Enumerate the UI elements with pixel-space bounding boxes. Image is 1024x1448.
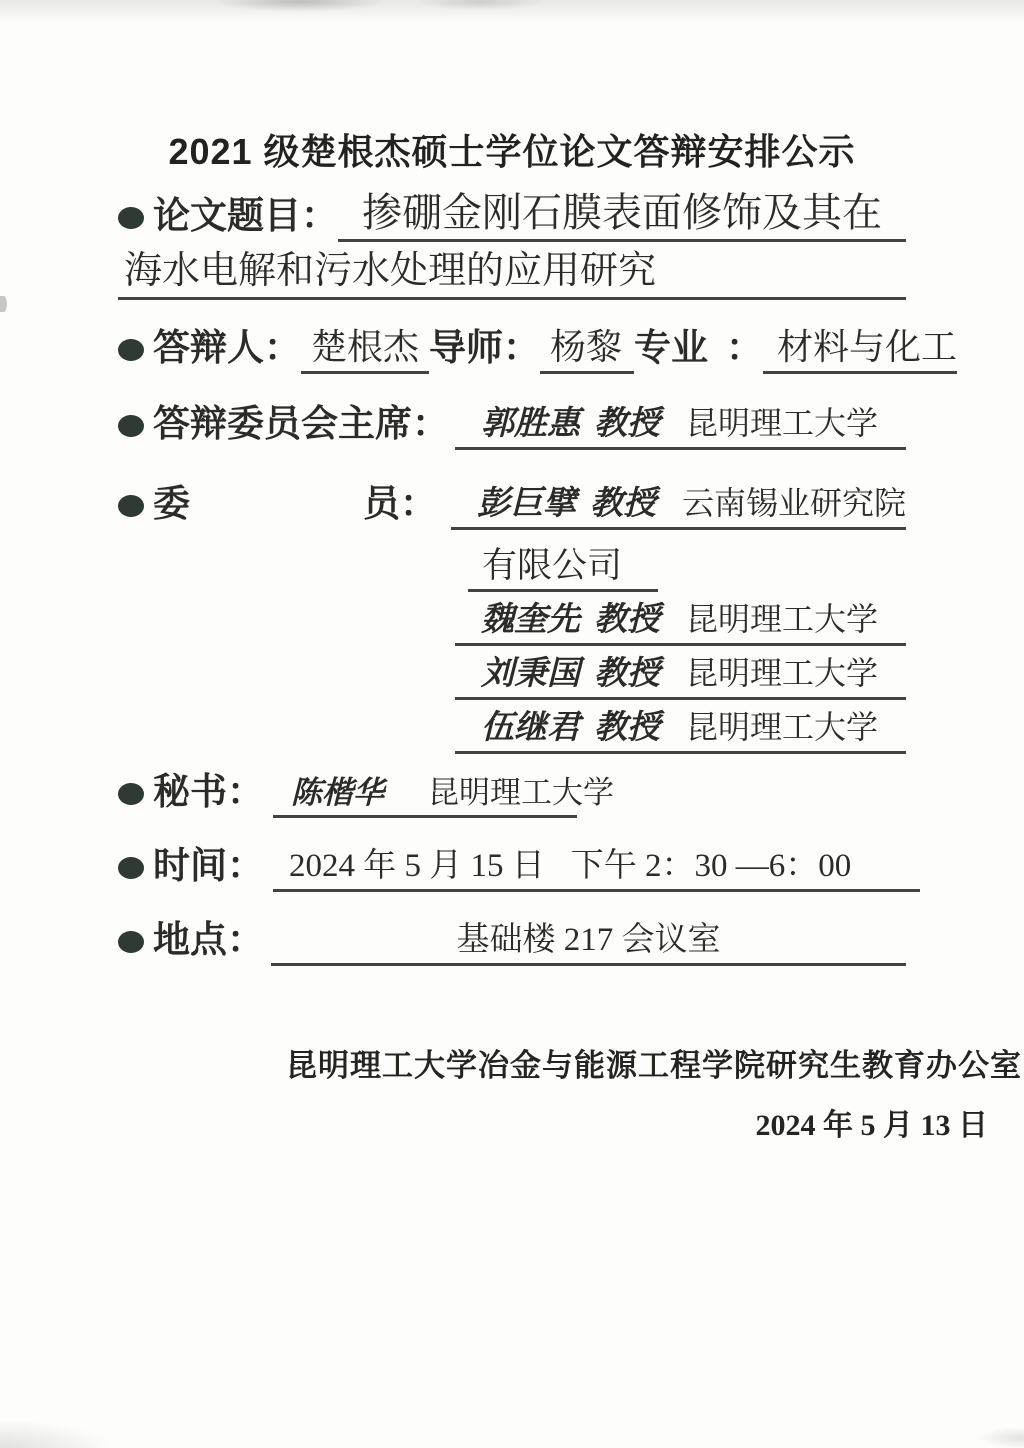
time-row: 时 间： 2024 年 5 月 15 日 下午 2：30 —6：00 [118, 836, 906, 892]
scan-shadow-top [0, 0, 1024, 30]
major-colon: ： [726, 327, 763, 374]
bullet-icon [118, 931, 144, 953]
secretary-label-left: 秘 [153, 771, 190, 815]
location-label: 地 点： [153, 919, 259, 966]
footer-date: 2024 年 5 月 13 日 [756, 1100, 989, 1144]
advisor-name: 杨黎 [540, 326, 634, 374]
scanned-notice-page: { "title": "2021 级楚根杰硕士学位论文答辩安排公示", "the… [0, 0, 1024, 1448]
page-title: 2021 级楚根杰硕士学位论文答辩安排公示 [0, 124, 1024, 175]
member-label: 委 员： [153, 483, 437, 530]
member-3-affiliation: 昆明理工大学 [686, 655, 878, 693]
footer-office: 昆明理工大学冶金与能源工程学院研究生教育办公室 [286, 1040, 1022, 1085]
bullet-icon [118, 415, 144, 437]
member-1-affiliation-cont: 有限公司 [468, 545, 658, 592]
member-2-affiliation: 昆明理工大学 [686, 601, 878, 639]
chair-value: 郭胜惠 教授 昆明理工大学 [455, 405, 906, 450]
advisor-label: 导师： [429, 327, 540, 374]
chair-title: 教授 [594, 405, 660, 444]
location-label-left: 地 [153, 919, 190, 963]
member-4-value: 伍继君 教授 昆明理工大学 [455, 709, 906, 754]
bullet-icon [118, 339, 144, 361]
member-label-left: 委 [153, 483, 190, 527]
time-value: 2024 年 5 月 15 日 下午 2：30 —6：00 [273, 847, 920, 892]
thesis-title-line2: 海水电解和污水处理的应用研究 [118, 249, 906, 300]
member-label-right: 员： [363, 483, 437, 527]
member-4-affiliation: 昆明理工大学 [686, 709, 878, 747]
member-1-name: 彭巨擘 [477, 485, 576, 524]
time-time-part: 下午 2：30 —6：00 [571, 847, 852, 886]
committee-member-row: 魏奎先 教授 昆明理工大学 [118, 594, 906, 646]
thesis-title-line1: 掺硼金刚石膜表面修饰及其在 [338, 189, 906, 242]
bullet-icon [118, 783, 144, 805]
location-value: 基础楼 217 会议室 [271, 921, 906, 966]
member-2-title: 教授 [594, 601, 660, 640]
member-4-title: 教授 [594, 709, 660, 748]
secretary-label-right: 书： [190, 771, 264, 815]
secretary-value: 陈楷华 昆明理工大学 [273, 775, 577, 818]
major-label: 专业 [634, 327, 708, 374]
secretary-affiliation: 昆明理工大学 [428, 775, 614, 812]
bullet-icon [118, 857, 144, 879]
secretary-row: 秘 书： 陈楷华 昆明理工大学 [118, 762, 906, 818]
member-3-title: 教授 [594, 655, 660, 694]
bullet-icon [118, 495, 144, 517]
chair-name: 郭胜惠 [481, 405, 580, 444]
member-1-affiliation: 云南锡业研究院 [682, 485, 906, 523]
chair-label: 答辩委员会主席： [153, 403, 449, 450]
thesis-label: 论文题目： [153, 195, 338, 242]
location-row: 地 点： 基础楼 217 会议室 [118, 910, 906, 966]
member-2-value: 魏奎先 教授 昆明理工大学 [455, 601, 906, 646]
location-label-right: 点： [190, 919, 264, 963]
committee-member-row-cont: 有限公司 [118, 540, 906, 592]
member-4-name: 伍继君 [481, 709, 580, 748]
thesis-title-row: 论文题目： 掺硼金刚石膜表面修饰及其在 [118, 184, 906, 242]
time-label-right: 间： [190, 845, 264, 889]
chair-affiliation: 昆明理工大学 [686, 405, 878, 443]
candidate-row: 答辩人： 楚根杰 导师： 杨黎 专业 ： 材料与化工 [118, 318, 906, 374]
member-2-name: 魏奎先 [481, 601, 580, 640]
member-3-name: 刘秉国 [481, 655, 580, 694]
time-label: 时 间： [153, 845, 259, 892]
thesis-title-row-2: 海水电解和污水处理的应用研究 [118, 244, 906, 300]
time-label-left: 时 [153, 845, 190, 889]
committee-member-row: 委 员： 彭巨擘 教授 云南锡业研究院 [118, 474, 906, 530]
major-value: 材料与化工 [763, 326, 957, 374]
member-3-value: 刘秉国 教授 昆明理工大学 [455, 655, 906, 700]
secretary-label: 秘 书： [153, 771, 259, 818]
committee-member-row: 刘秉国 教授 昆明理工大学 [118, 648, 906, 700]
bullet-icon [118, 207, 144, 229]
member-1-value: 彭巨擘 教授 云南锡业研究院 [451, 485, 906, 530]
time-date-part: 2024 年 5 月 15 日 [289, 847, 545, 886]
scan-speck [0, 296, 7, 312]
committee-chair-row: 答辩委员会主席： 郭胜惠 教授 昆明理工大学 [118, 394, 906, 450]
committee-member-row: 伍继君 教授 昆明理工大学 [118, 702, 906, 754]
member-1-title: 教授 [590, 485, 656, 524]
candidate-label: 答辩人： [153, 327, 301, 374]
scan-shadow-bottom [0, 1378, 1024, 1448]
secretary-name: 陈楷华 [291, 775, 384, 812]
candidate-name: 楚根杰 [301, 326, 429, 374]
